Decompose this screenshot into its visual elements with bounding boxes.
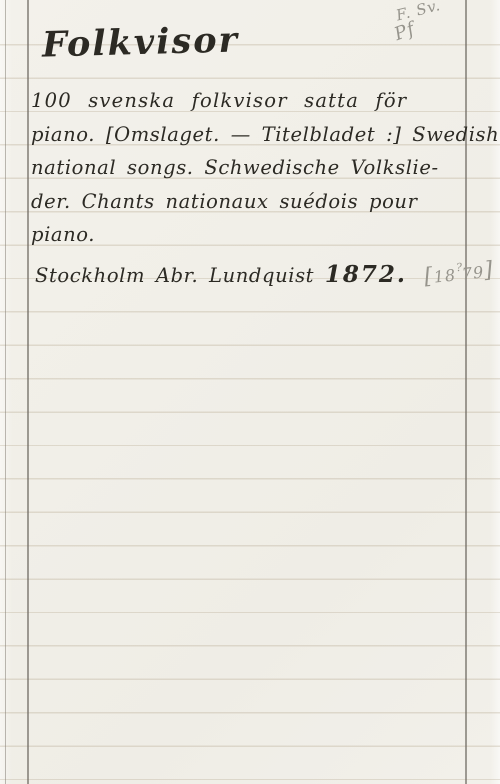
pencil-year-annotation: [18?79] <box>422 247 496 296</box>
catalog-card-page: F. Sv. Pf Folkvisor 100 svenska folkviso… <box>0 0 500 784</box>
pencil-year-prefix: 18 <box>433 265 457 286</box>
card-heading-title: Folkvisor <box>41 19 239 65</box>
catalog-entry-text: 100 svenska folkvisor satta för piano. [… <box>31 84 491 295</box>
entry-line-2: piano. [Omslaget. — Titelbladet :] Swedi… <box>31 118 491 152</box>
imprint-place-publisher: Stockholm Abr. Lundquist <box>35 264 314 287</box>
entry-line-3: national songs. Schwedische Volkslie- <box>31 151 491 185</box>
entry-line-1: 100 svenska folkvisor satta för <box>31 84 491 118</box>
pencil-year-digits: 79 <box>461 262 485 283</box>
left-outer-margin-line <box>5 0 6 784</box>
pencil-corner-line2: Pf <box>392 20 417 43</box>
imprint-line: Stockholm Abr. Lundquist 1872. [18?79] <box>31 253 491 295</box>
entry-line-4: der. Chants nationaux suédois pour <box>31 185 491 219</box>
pencil-bracket-close: ] <box>483 257 495 283</box>
left-inner-margin-line <box>27 0 29 784</box>
pencil-corner-annotation: F. Sv. Pf <box>394 0 446 42</box>
imprint-year-ink: 1872. <box>325 261 407 288</box>
entry-line-5: piano. <box>31 218 491 252</box>
